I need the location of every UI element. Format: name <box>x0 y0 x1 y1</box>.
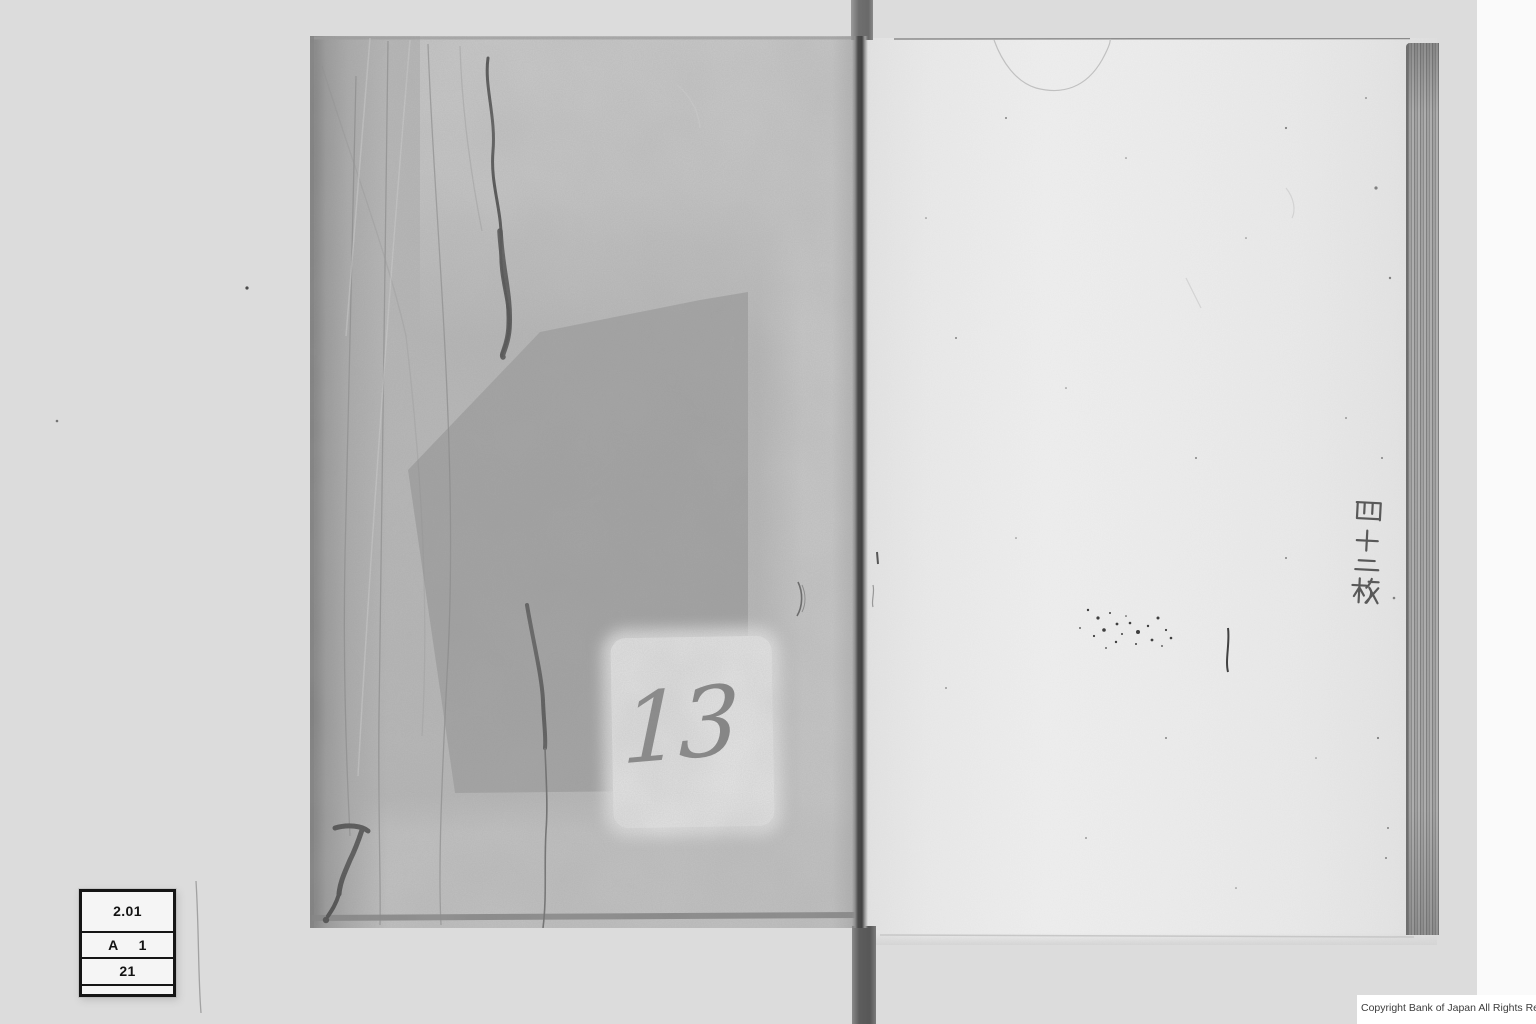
copyright-text: Copyright Bank of Japan All Rights Reser… <box>1361 1002 1536 1014</box>
reference-label: 2.01 A 1 21 <box>79 889 176 997</box>
reference-label-value-2a: A <box>108 937 119 953</box>
background-speck-1 <box>245 286 248 289</box>
reference-label-row-3: 21 <box>82 959 173 985</box>
scratch-line <box>196 881 201 1013</box>
scanner-background-marks <box>0 0 1536 1024</box>
reference-label-value-1: 2.01 <box>113 903 142 919</box>
reference-label-value-2b: 1 <box>139 937 147 953</box>
reference-label-row-1: 2.01 <box>82 892 173 933</box>
scanned-book-spread: 13 <box>0 0 1536 1024</box>
reference-label-row-2: A 1 <box>82 933 173 959</box>
reference-label-row-4 <box>82 986 173 994</box>
copyright-strip: Copyright Bank of Japan All Rights Reser… <box>1357 995 1536 1024</box>
background-speck-2 <box>56 420 59 423</box>
reference-label-value-3: 21 <box>119 963 135 979</box>
